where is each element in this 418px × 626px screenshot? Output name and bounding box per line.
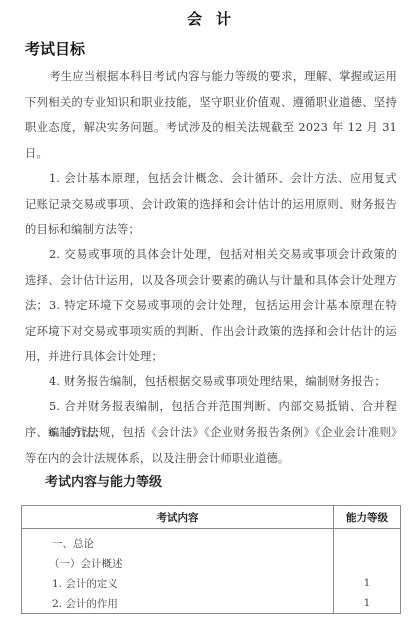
table-row: 2. 会计的作用 1: [22, 593, 401, 614]
section-heading-exam-content: 考试内容与能力等级: [45, 471, 162, 490]
paragraph-item-4: 4. 财务报告编制，包括根据交易或事项处理结果，编制财务报告；: [25, 369, 397, 395]
paragraph-text: 6. 会计法规，包括《会计法》《企业财务报告条例》《企业会计准则》等在内的会计法…: [25, 426, 397, 465]
cell-content: 一、总论: [22, 529, 334, 554]
cell-level: [334, 529, 401, 554]
table-header-row: 考试内容 能力等级: [22, 506, 401, 529]
cell-content: 2. 会计的作用: [22, 593, 334, 614]
exam-content-table: 考试内容 能力等级 一、总论 （一）会计概述 1. 会计的定义 1 2. 会计的…: [21, 505, 401, 614]
paragraph-item-3: 3. 特定环境下交易或事项的会计处理，包括运用会计基本原理在特定环境下对交易或事…: [25, 293, 397, 370]
column-header-level: 能力等级: [334, 506, 401, 529]
column-header-content: 考试内容: [22, 506, 334, 529]
paragraph-item-1: 1. 会计基本原理，包括会计概念、会计循环、会计方法、应用复式记账记录交易或事项…: [25, 166, 397, 243]
document-title: 会计: [0, 8, 418, 29]
table-row: （一）会计概述: [22, 553, 401, 573]
cell-content: （一）会计概述: [22, 553, 334, 573]
table-row: 1. 会计的定义 1: [22, 573, 401, 593]
section-heading-exam-objectives: 考试目标: [25, 38, 85, 59]
cell-level: 1: [334, 573, 401, 593]
table-row: 一、总论: [22, 529, 401, 554]
paragraph-item-6: 6. 会计法规，包括《会计法》《企业财务报告条例》《企业会计准则》等在内的会计法…: [25, 420, 397, 471]
cell-level: 1: [334, 593, 401, 614]
cell-level: [334, 553, 401, 573]
paragraph-text: 3. 特定环境下交易或事项的会计处理，包括运用会计基本原理在特定环境下对交易或事…: [25, 299, 397, 363]
paragraph-text: 4. 财务报告编制，包括根据交易或事项处理结果，编制财务报告；: [49, 375, 386, 388]
cell-content: 1. 会计的定义: [22, 573, 334, 593]
paragraph-intro: 考生应当根据本科目考试内容与能力等级的要求，理解、掌握或运用下列相关的专业知识和…: [25, 64, 397, 166]
paragraph-text: 考生应当根据本科目考试内容与能力等级的要求，理解、掌握或运用下列相关的专业知识和…: [25, 70, 397, 160]
paragraph-text: 1. 会计基本原理，包括会计概念、会计循环、会计方法、应用复式记账记录交易或事项…: [25, 172, 397, 236]
